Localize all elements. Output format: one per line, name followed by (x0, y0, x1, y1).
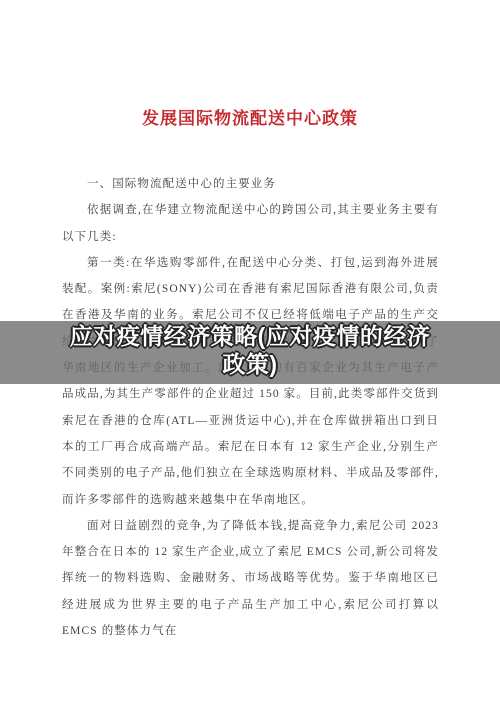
paragraph: 依据调查,在华建立物流配送中心的跨国公司,其主要业务主要有以下几类: (62, 197, 439, 250)
section-heading: 一、国际物流配送中心的主要业务 (62, 171, 439, 197)
paragraphs: 依据调查,在华建立物流配送中心的跨国公司,其主要业务主要有以下几类:第一类:在华… (62, 197, 439, 644)
paragraph: 面对日益剧烈的竞争,为了降低本钱,提高竞争力,索尼公司 2023 年整合在日本的… (62, 513, 439, 644)
watermark-text: 应对疫情经济策略(应对疫情的经济 政策) (58, 321, 442, 378)
watermark-line-2: 政策) (58, 350, 442, 378)
document-title: 发展国际物流配送中心政策 (0, 104, 500, 129)
watermark-line-1: 应对疫情经济策略(应对疫情的经济 (58, 322, 442, 350)
document-page: 发展国际物流配送中心政策 一、国际物流配送中心的主要业务 依据调查,在华建立物流… (0, 0, 500, 706)
watermark-banner: 应对疫情经济策略(应对疫情的经济 政策) (0, 321, 500, 384)
document-body: 一、国际物流配送中心的主要业务 依据调查,在华建立物流配送中心的跨国公司,其主要… (62, 171, 439, 644)
